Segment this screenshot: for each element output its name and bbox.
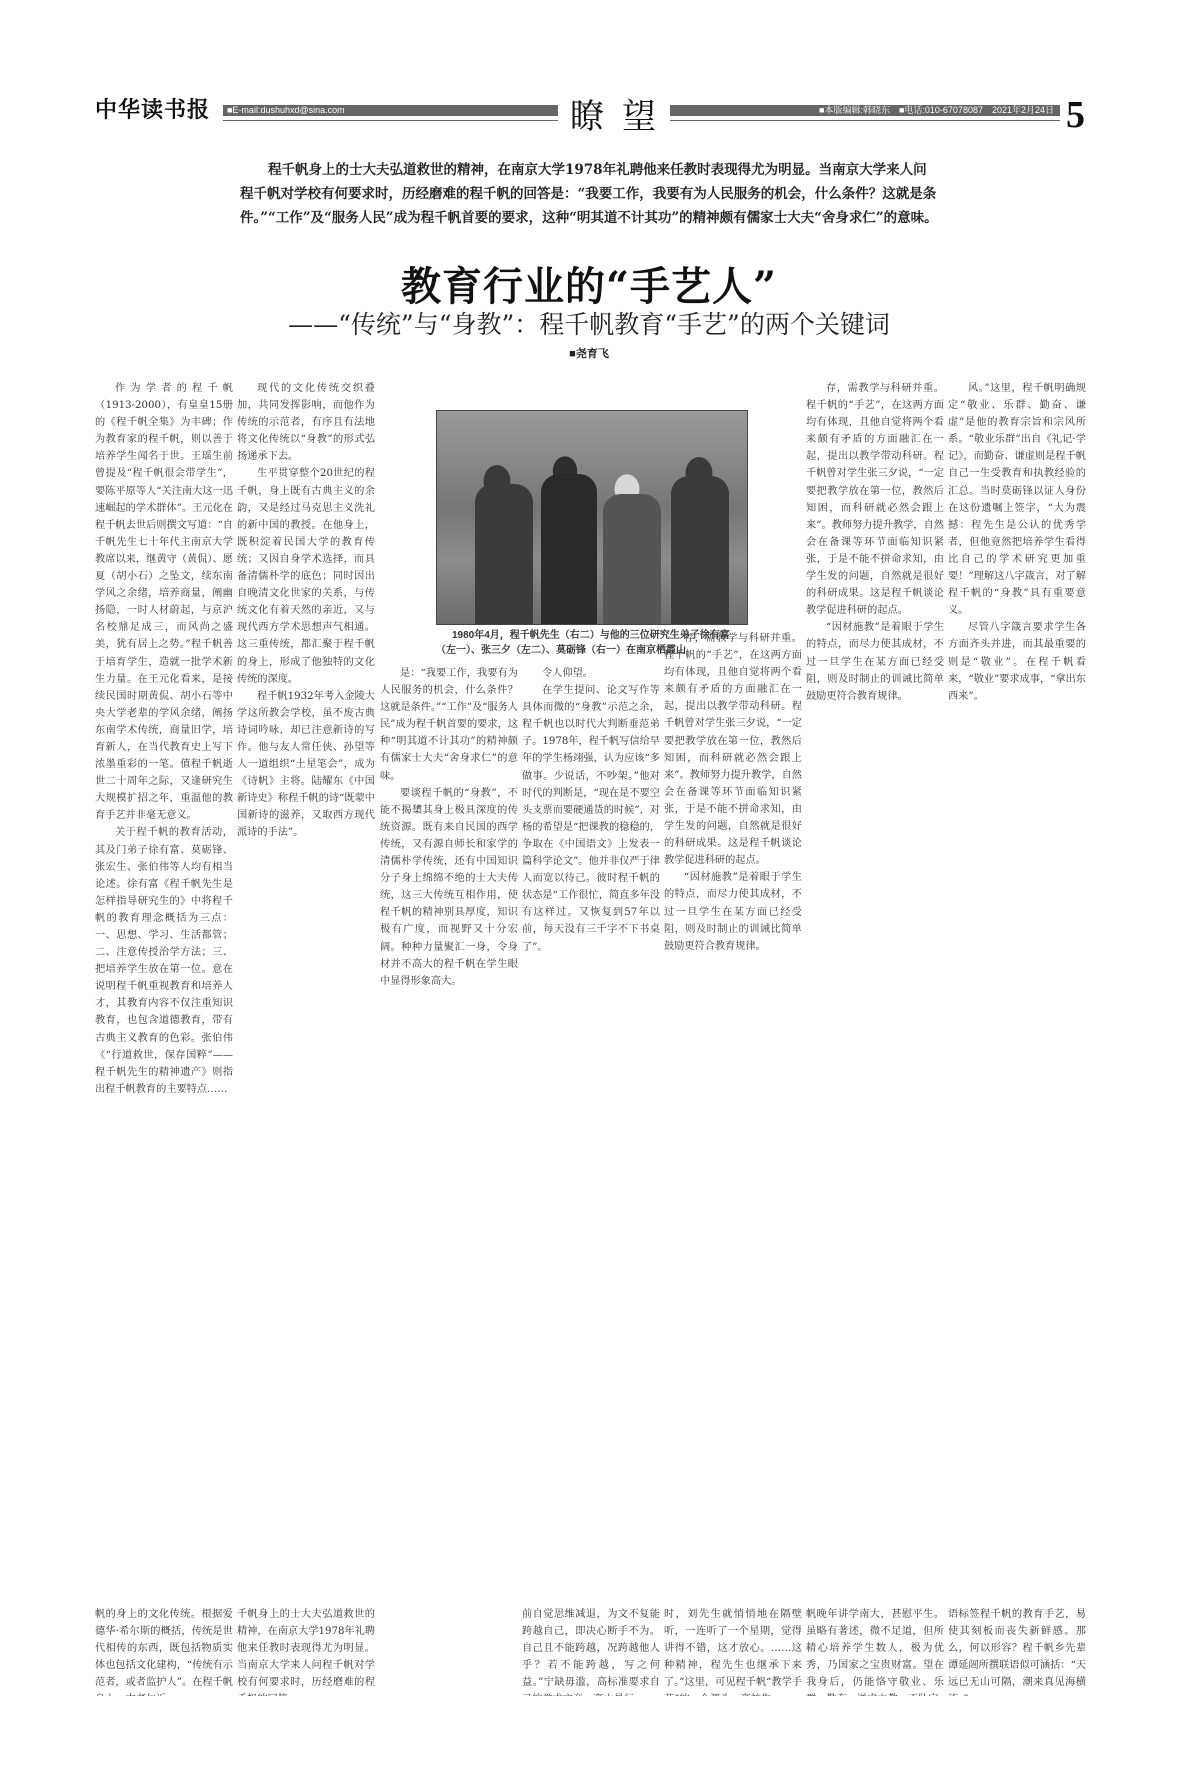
divider (670, 120, 1060, 121)
paragraph: 前自觉思维减退，为文不复能跨越自己，即决心断手不为。自己且不能跨越，况跨越他人乎… (522, 1606, 660, 1696)
column-1: 作为学者的程千帆（1913-2000），有皇皇15册的《程千帆全集》为丰碑；作为… (95, 380, 233, 1610)
column-7: 风。”这里，程千帆明确规定“敬业、乐群、勤奋、谦虚”是他的教育宗旨和宗风所系。“… (948, 380, 1086, 1610)
paragraph: 语标签程千帆的教育手艺，易使其刻板而丧失新鲜感。那么，何以形容？程千帆乡先辈谭延… (948, 1606, 1086, 1696)
person-figure (475, 484, 533, 624)
byline: ■尧育飞 (0, 345, 1178, 361)
email-bar: ■E-mail:dushuhxd@sina.com (223, 105, 558, 116)
paragraph: 关于程千帆的教育活动，其及门弟子徐有富、莫砺锋、张宏生、张伯伟等人均有相当论述。… (95, 824, 233, 1098)
column-7-ending: 语标签程千帆的教育手艺，易使其刻板而丧失新鲜感。那么，何以形容？程千帆乡先辈谭延… (948, 1606, 1086, 1696)
paper-logo: 中华读书报 (95, 93, 210, 124)
paragraph: “因材施教”是着眼于学生的特点，而尽力使其成材，不过一旦学生在某方面已经受阻，则… (664, 869, 802, 954)
paragraph: 程千帆1932年考入金陵大学这所教会学校，虽不废古典诗词吟咏，却已注意新诗的写作… (237, 688, 375, 842)
paragraph: 帆的身上的文化传统。根据爱德华·希尔斯的概括，传统是世代相传的东西，既包括物质实… (95, 1606, 233, 1696)
column-5: 存，需教学与科研并重。程千帆的“手艺”，在这两方面均有体现，且他自觉将两个看来颇… (664, 380, 802, 1610)
masthead: 中华读书报 ■E-mail:dushuhxd@sina.com 瞭望 ■本版编辑… (95, 93, 1085, 133)
column-3: 是：“我要工作，我要有为人民服务的机会，什么条件？这就是条件。”“工作”及“服务… (380, 665, 518, 1610)
column-6-ending: 帆晚年讲学南大，甚慰平生。虽略有著述，微不足道，但所精心培养学生数人，极为优秀，… (806, 1606, 944, 1696)
paragraph: 存，需教学与科研并重。程千帆的“手艺”，在这两方面均有体现，且他自觉将两个看来颇… (664, 630, 802, 869)
column-1-ending: 帆的身上的文化传统。根据爱德华·希尔斯的概括，传统是世代相传的东西，既包括物质实… (95, 1606, 233, 1696)
column-4-ending: 前自觉思维减退，为文不复能跨越自己，即决心断手不为。自己且不能跨越，况跨越他人乎… (522, 1606, 660, 1696)
paragraph: 是：“我要工作，我要有为人民服务的机会，什么条件？这就是条件。”“工作”及“服务… (380, 665, 518, 785)
subheadline: ——“传统”与“身教”：程千帆教育“手艺”的两个关键词 (0, 305, 1178, 341)
paragraph: 存，需教学与科研并重。程千帆的“手艺”，在这两方面均有体现，且他自觉将两个看来颇… (806, 380, 944, 619)
paragraph: 要谈程千帆的“身教”，不能不揭橥其身上极具深度的传统资源。既有来自民国的西学传统… (380, 785, 518, 990)
lead-paragraph: 程千帆身上的士大夫弘道救世的精神，在南京大学1978年礼聘他来任教时表现得尤为明… (240, 158, 940, 230)
paragraph: 现代的文化传统交织叠加，共同发挥影响，而他作为传统的示范者，有序且有法地将文化传… (237, 380, 375, 465)
paragraph: 尽管八字箴言要求学生各方面齐头并进，而其最重要的则是“敬业”。在程千帆看来，“敬… (948, 619, 1086, 704)
paragraph: 作为学者的程千帆（1913-2000），有皇皇15册的《程千帆全集》为丰碑；作为… (95, 380, 233, 824)
person-figure (603, 494, 661, 624)
person-figure (541, 474, 597, 624)
paragraph: 千帆身上的士大夫弘道救世的精神，在南京大学1978年礼聘他来任教时表现得尤为明显… (237, 1606, 375, 1696)
paragraph: 在学生提问、论文写作等具体而微的“身教”示范之余，程千帆也以时代大判断垂范弟子。… (522, 682, 660, 956)
headline: 教育行业的“手艺人” (0, 255, 1178, 312)
page-number: 5 (1066, 93, 1085, 137)
paragraph: 时，刘先生就悄悄地在隔壁听，一连听了一个星期，觉得讲得不错，这才放心。……这种精… (664, 1606, 802, 1696)
section-title: 瞭望 (570, 89, 674, 138)
column-4: 令人仰望。 在学生提问、论文写作等具体而微的“身教”示范之余，程千帆也以时代大判… (522, 665, 660, 1610)
paragraph: 生平贯穿整个20世纪的程千帆，身上既有古典主义的余韵，又是经过马克思主义洗礼的新… (237, 465, 375, 687)
column-2-ending: 千帆身上的士大夫弘道救世的精神，在南京大学1978年礼聘他来任教时表现得尤为明显… (237, 1606, 375, 1696)
paragraph: 风。”这里，程千帆明确规定“敬业、乐群、勤奋、谦虚”是他的教育宗旨和宗风所系。“… (948, 380, 1086, 619)
column-5-ending: 时，刘先生就悄悄地在隔壁听，一连听了一个星期，觉得讲得不错，这才放心。……这种精… (664, 1606, 802, 1696)
paragraph: 令人仰望。 (522, 665, 660, 682)
paragraph: “因材施教”是着眼于学生的特点，而尽力使其成材，不过一旦学生在某方面已经受阻，则… (806, 619, 944, 704)
divider (223, 120, 558, 121)
column-2: 现代的文化传统交织叠加，共同发挥影响，而他作为传统的示范者，有序且有法地将文化传… (237, 380, 375, 1610)
column-6: 存，需教学与科研并重。程千帆的“手艺”，在这两方面均有体现，且他自觉将两个看来颇… (806, 380, 944, 1610)
paragraph: 帆晚年讲学南大，甚慰平生。虽略有著述，微不足道，但所精心培养学生数人，极为优秀，… (806, 1606, 944, 1696)
editor-info-bar: ■本版编辑:韩晓东 ■电话:010-67078087 2021年2月24日 (670, 105, 1060, 116)
